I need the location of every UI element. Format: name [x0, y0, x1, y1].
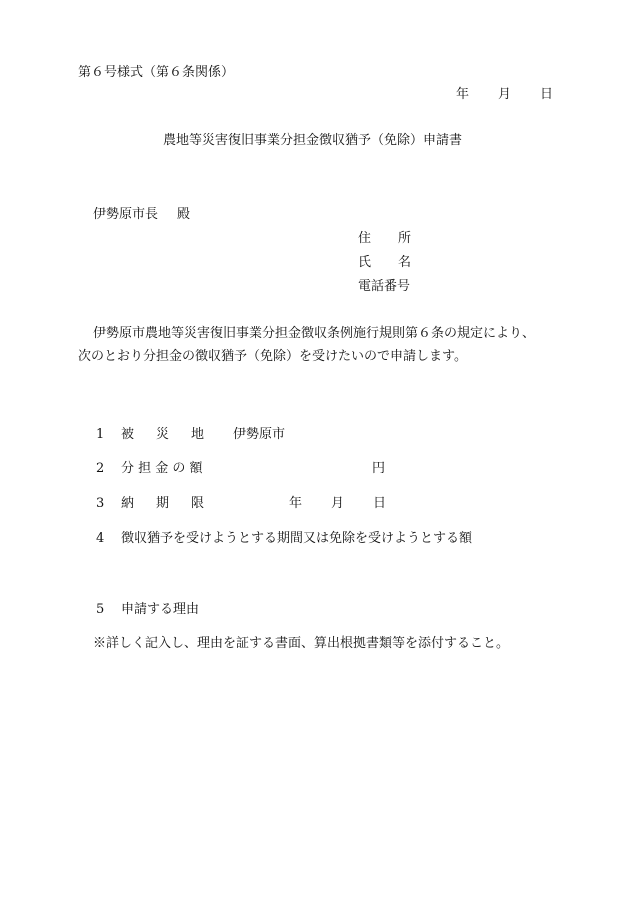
- document-title: 農地等災害復旧事業分担金徴収猶予（免除）申請書: [163, 134, 462, 147]
- date-year: 年: [456, 88, 469, 101]
- item-number: 1: [96, 428, 104, 441]
- item-label-char: 被: [121, 428, 134, 441]
- item-number: 2: [96, 462, 104, 475]
- form-number: 第６号様式（第６条関係）: [78, 66, 234, 79]
- addressee-name: 伊勢原市長: [93, 208, 158, 221]
- item-day: 日: [373, 497, 386, 510]
- item-unit: 円: [372, 462, 385, 475]
- addressee-honorific: 殿: [177, 208, 190, 221]
- phone-label: 電話番号: [358, 280, 410, 293]
- item-label: 分 担 金 の 額: [121, 462, 203, 475]
- item-label-char: 限: [191, 497, 204, 510]
- item-number: 3: [96, 497, 104, 510]
- item-label-char: 期: [156, 497, 169, 510]
- attachment-note: ※詳しく記入し、理由を証する書面、算出根拠書類等を添付すること。: [93, 637, 509, 650]
- item-label: 徴収猶予を受けようとする期間又は免除を受けようとする額: [121, 532, 472, 545]
- body-line-2: 次のとおり分担金の徴収猶予（免除）を受けたいので申請します。: [78, 350, 467, 363]
- date-month: 月: [498, 88, 511, 101]
- item-number: 4: [96, 532, 104, 545]
- name-label-2: 名: [398, 256, 411, 269]
- date-day: 日: [540, 88, 553, 101]
- item-month: 月: [331, 497, 344, 510]
- address-label-2: 所: [398, 232, 411, 245]
- item-label: 申請する理由: [121, 603, 199, 616]
- item-label-char: 納: [121, 497, 134, 510]
- item-number: 5: [96, 603, 104, 616]
- item-label-char: 災: [156, 428, 169, 441]
- name-label-1: 氏: [358, 256, 371, 269]
- item-year: 年: [289, 497, 302, 510]
- item-label-char: 地: [191, 428, 204, 441]
- body-line-1: 伊勢原市農地等災害復旧事業分担金徴収条例施行規則第６条の規定により、: [93, 327, 535, 340]
- address-label-1: 住: [358, 232, 371, 245]
- item-value: 伊勢原市: [233, 428, 285, 441]
